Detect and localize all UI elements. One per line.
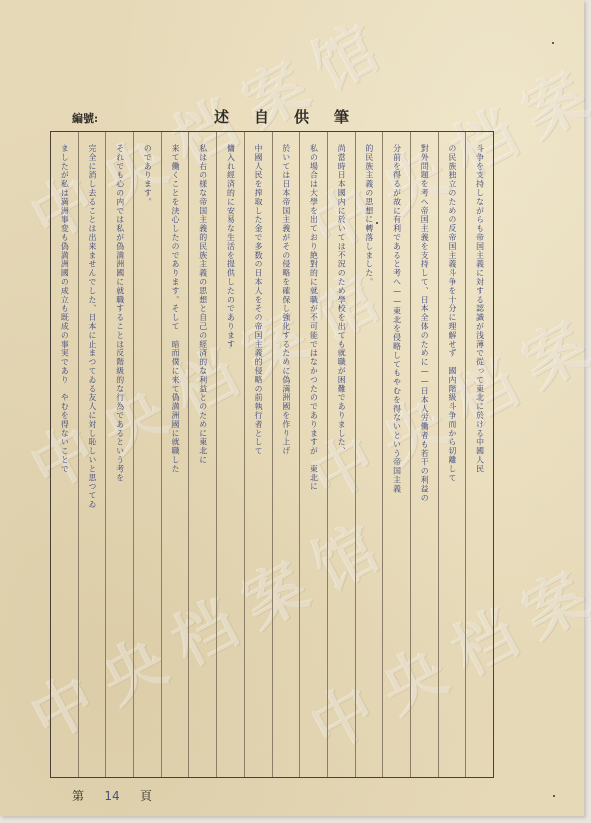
handwritten-line: それでも心の内では私が偽満洲國に就職することは反階級的な行為であるという考を (116, 144, 124, 777)
text-column: 斗争を支持しながらも帝国主義に対する認識が浅薄で從って東北に於ける中國人民 (465, 132, 493, 777)
handwritten-line: 中國人民を搾取した金で多数の日本人をその帝国主義的侵略の前執行者として (254, 144, 262, 777)
text-column: それでも心の内では私が偽満洲國に就職することは反階級的な行為であるという考を (105, 132, 133, 777)
margin-notes: 二百五一号副牒 九野田一学科情 満ヶ嘉丈 (466, 20, 591, 97)
title-char: 自 (254, 106, 269, 127)
handwritten-line: 完全に消し去ることは出来ませんでした、日本に止まつてゐる友人に対し恥しいと思つて… (88, 144, 96, 777)
writing-frame: 斗争を支持しながらも帝国主義に対する認識が浅薄で從って東北に於ける中國人民の民族… (50, 131, 494, 778)
number-label: 編號: (72, 110, 98, 126)
paper-speck (552, 42, 554, 44)
handwritten-line: 傭入れ經済的に安易な生活を提供したのであります (227, 144, 235, 777)
page-prefix: 第 (72, 787, 84, 804)
text-column: のであります。 (133, 132, 161, 777)
handwritten-line: 私の場合は大學を出ており絶對的に就職が不可能ではなかつたのでありますが 東北に (310, 144, 318, 777)
handwritten-line: 私は右の様な帝国主義的民族主義の思想と自己の經済的な利益とのために東北に (199, 144, 207, 777)
handwritten-line: 斗争を支持しながらも帝国主義に対する認識が浅薄で從って東北に於ける中國人民 (476, 144, 484, 777)
paper-speck (553, 795, 555, 797)
text-column: 私は右の様な帝国主義的民族主義の思想と自己の經済的な利益とのために東北に (188, 132, 216, 777)
handwritten-line: ましたが私は満洲事変も偽満洲國の成立も既成の事実であり やむを得ないことで (60, 144, 68, 777)
handwritten-line: 分前を得るが故に有利であると考へ——東北を侵略してもやむを得ないという帝国主義 (393, 144, 401, 777)
page-number: 14 (92, 789, 132, 803)
text-column: 私の場合は大學を出ており絶對的に就職が不可能ではなかつたのでありますが 東北に (299, 132, 327, 777)
text-column: 分前を得るが故に有利であると考へ——東北を侵略してもやむを得ないという帝国主義 (382, 132, 410, 777)
handwritten-line: 於いては日本帝国主義がその侵略を確保し強化するために偽満洲國を作り上げ (282, 144, 290, 777)
page-title: 筆 供 自 述 (214, 106, 349, 127)
handwritten-line: 来て働くことを決心したのであります。そして 暗而僕に来て偽満洲國に就職した (171, 144, 179, 777)
page-footer: 第 14 頁 (72, 787, 152, 804)
text-column: 對外問題を考へ帝国主義を支持して、日本全体のために——日本人労働者も若干の利益の (410, 132, 438, 777)
text-column: 完全に消し去ることは出来ませんでした、日本に止まつてゐる友人に対し恥しいと思つて… (78, 132, 106, 777)
page-suffix: 頁 (140, 787, 152, 804)
title-char: 筆 (334, 106, 349, 127)
text-column: 尚當時日本國内に於いては不況のため學校を出ても就職が困難でありました、 (327, 132, 355, 777)
document-page: 中央档案馆 中央档案馆 中央档案馆 中央档案馆 中央档案馆 中央档案馆 二百五一… (0, 0, 584, 816)
title-char: 供 (294, 106, 309, 127)
paper-speck (376, 222, 378, 224)
handwritten-line: の民族独立のための反帝国主義斗争を十分に理解せず 國内階級斗争而から切離して (448, 144, 456, 777)
text-column: 中國人民を搾取した金で多数の日本人をその帝国主義的侵略の前執行者として (244, 132, 272, 777)
handwritten-line: 的民族主義の思想に轉落しました。 (365, 144, 373, 777)
column-grid: 斗争を支持しながらも帝国主義に対する認識が浅薄で從って東北に於ける中國人民の民族… (51, 132, 493, 777)
text-column: 来て働くことを決心したのであります。そして 暗而僕に来て偽満洲國に就職した (161, 132, 189, 777)
text-column: 於いては日本帝国主義がその侵略を確保し強化するために偽満洲國を作り上げ (272, 132, 300, 777)
handwritten-line: 對外問題を考へ帝国主義を支持して、日本全体のために——日本人労働者も若干の利益の (420, 144, 428, 777)
title-char: 述 (214, 106, 229, 127)
handwritten-line: のであります。 (143, 144, 151, 777)
text-column: 傭入れ經済的に安易な生活を提供したのであります (216, 132, 244, 777)
text-column: 的民族主義の思想に轉落しました。 (355, 132, 383, 777)
text-column: の民族独立のための反帝国主義斗争を十分に理解せず 國内階級斗争而から切離して (438, 132, 466, 777)
text-column: ましたが私は満洲事変も偽満洲國の成立も既成の事実であり やむを得ないことで (51, 132, 78, 777)
handwritten-line: 尚當時日本國内に於いては不況のため學校を出ても就職が困難でありました、 (337, 144, 345, 777)
